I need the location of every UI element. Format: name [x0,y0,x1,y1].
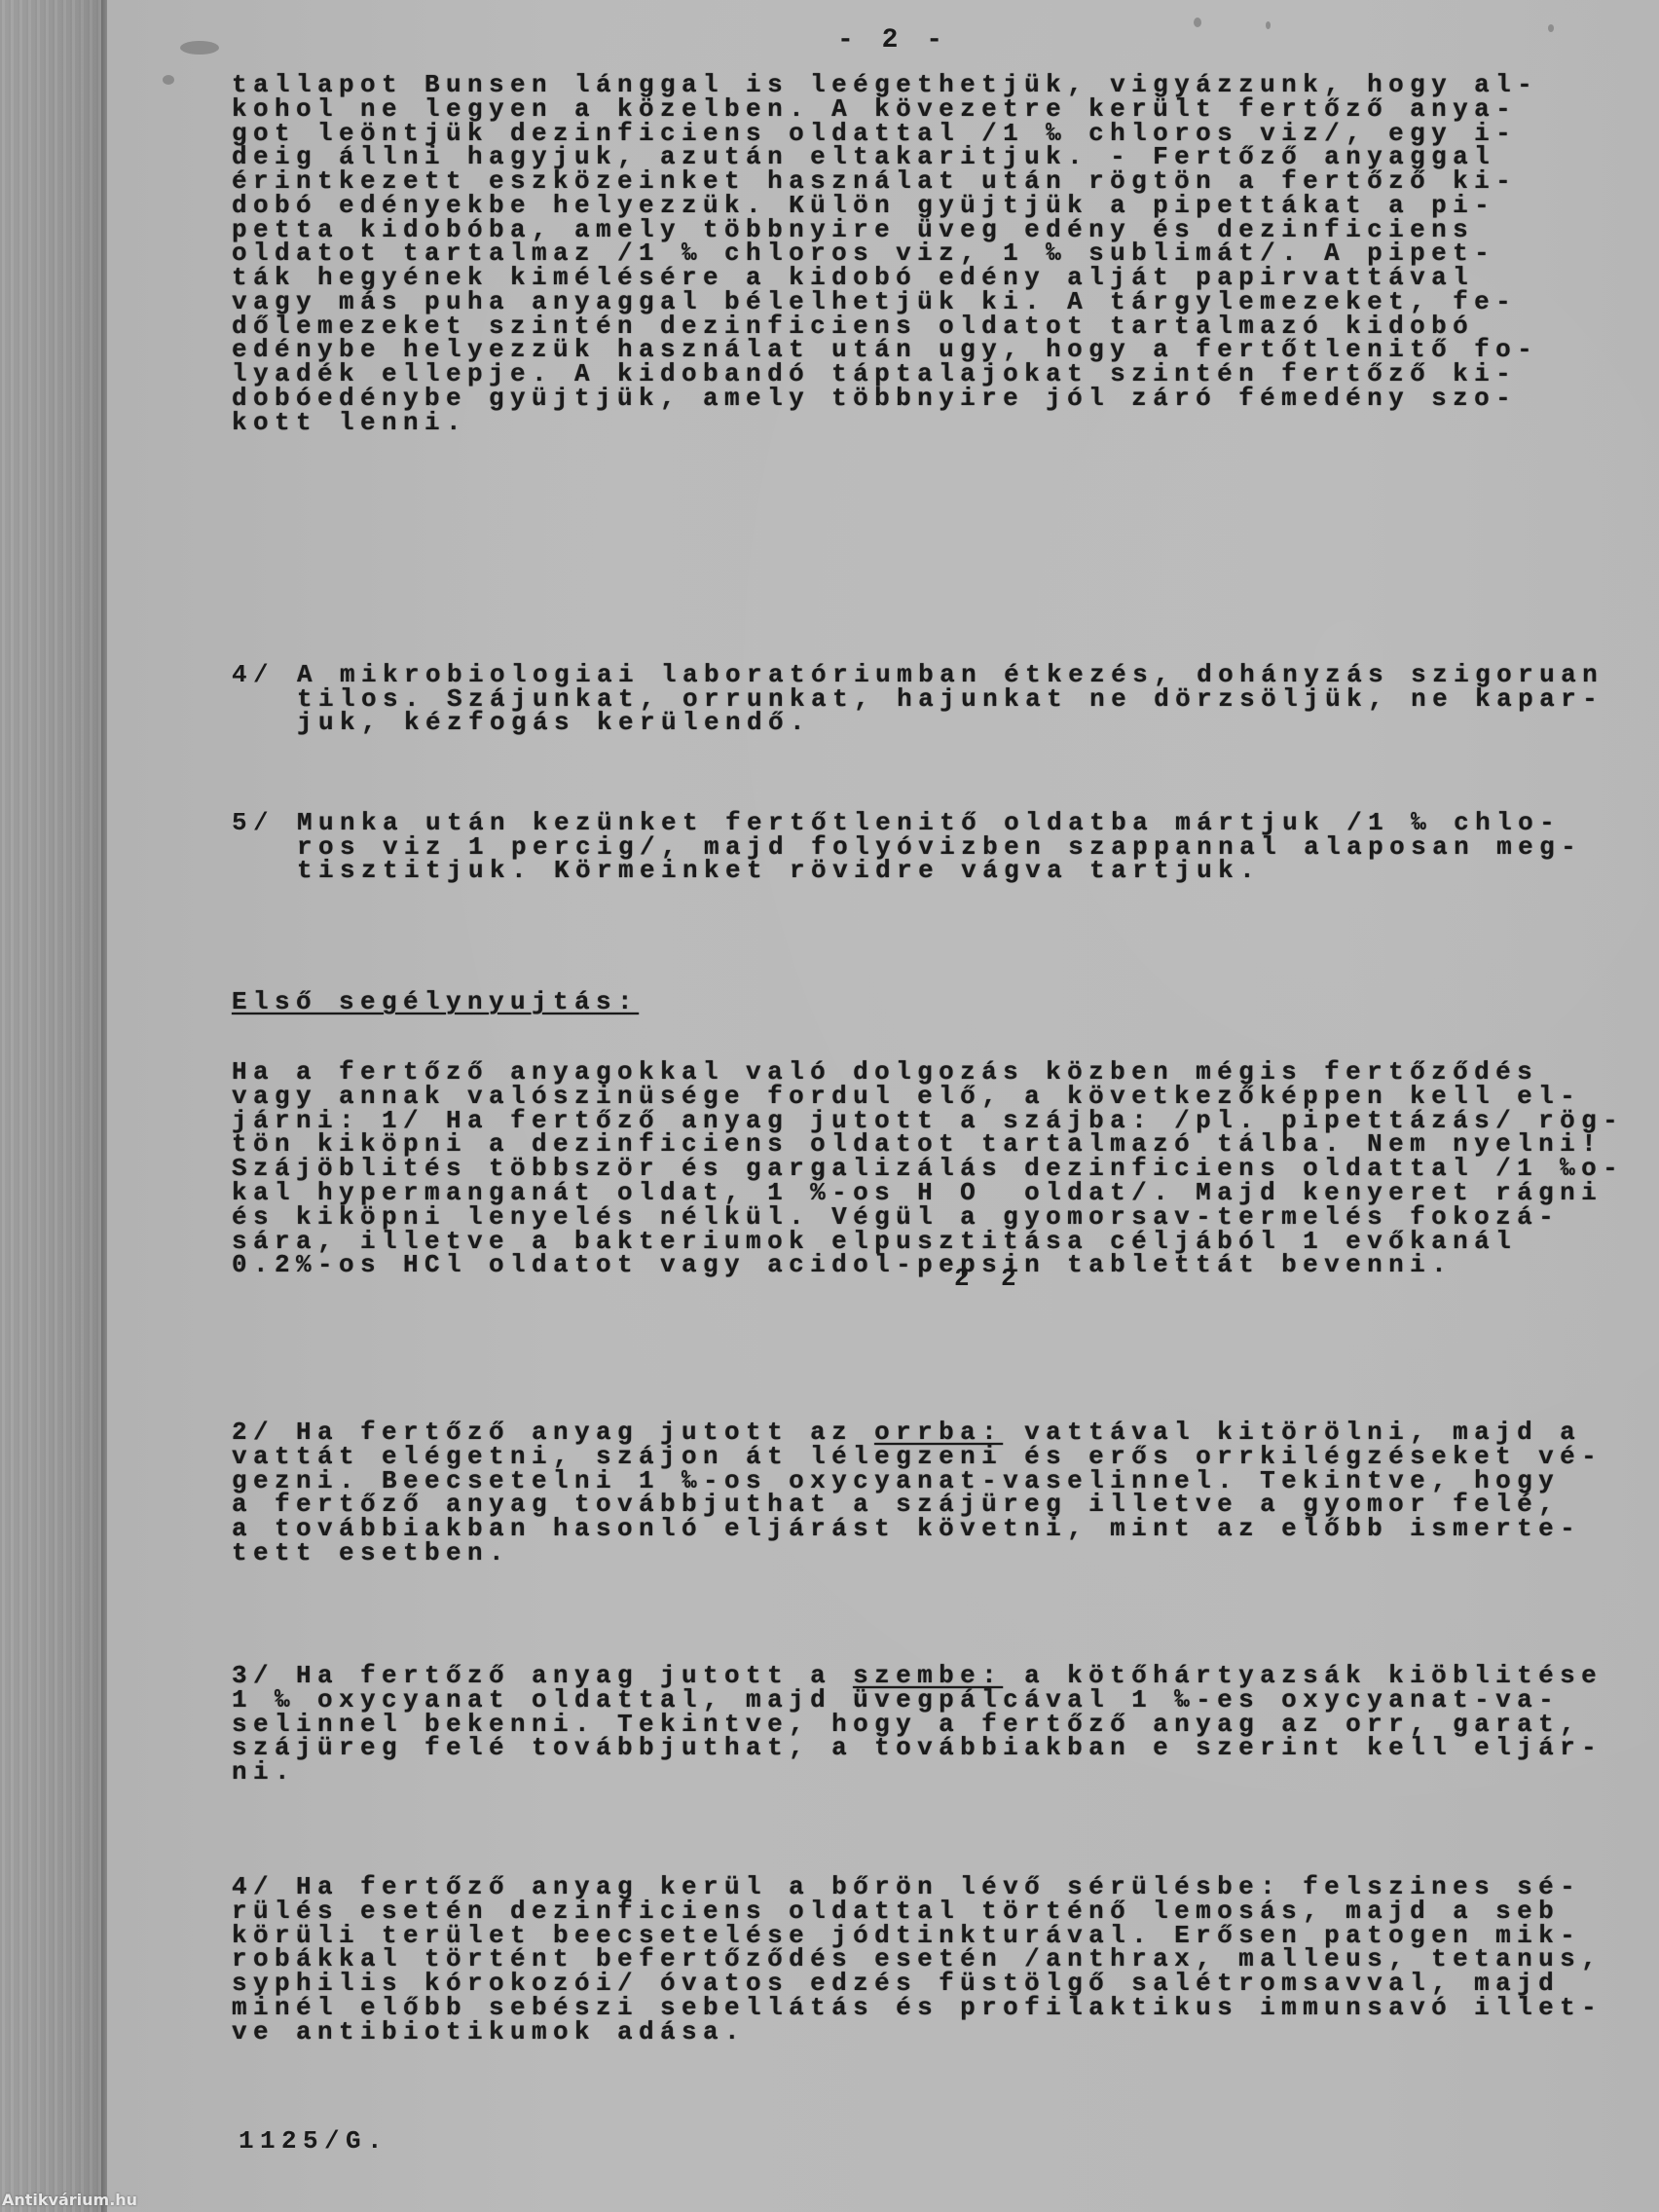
subscript: 2 [954,1264,970,1293]
first-aid-line: tett esetben. [232,1540,510,1566]
rule-text-line: juk, kézfogás kerülendő. [297,710,811,735]
text-line: kohol ne legyen a közelben. A kövezetre … [232,96,1517,122]
ink-stain [163,75,174,85]
subscript: 2 [1001,1264,1016,1293]
text-line: vagy más puha anyaggal bélelhetjük ki. A… [232,289,1517,314]
first-aid-line: ve antibiotikumok adása. [232,2019,746,2045]
text-line: vagy annak valószinüsége fordul elő, a k… [232,1084,1581,1109]
ink-stain [1548,24,1554,32]
rule-number: 4/ [232,662,275,687]
text-line: kott lenni. [232,410,467,435]
watermark: Antikvárium.hu [2,2191,137,2209]
ink-stain [180,41,219,55]
section-heading: Első segélynyujtás: [232,989,639,1014]
first-aid-line: vattát elégetni, szájon át lélegzeni és … [232,1444,1603,1469]
ink-stain [1194,18,1201,27]
page-number: - 2 - [837,25,948,55]
ink-stain [1266,21,1271,29]
rule-number: 5/ [232,810,275,835]
text-line: dobó edényekbe helyezzük. Külön gyüjtjük… [232,193,1495,218]
document-code: 1125/G. [239,2128,388,2154]
background-surface [0,0,105,2212]
first-aid-line: szájüreg felé továbbjuthat, a továbbiakb… [232,1735,1603,1760]
text-line: és kiköpni lenyelés nélkül. Végül a gyom… [232,1204,1560,1230]
rule-text-line: tisztitjuk. Körmeinket rövidre vágva tar… [297,858,1261,883]
first-aid-line: ni. [232,1759,296,1785]
first-aid-line: rülés esetén dezinficiens oldattal törté… [232,1899,1560,1924]
first-aid-line: 1 ‰ oxycyanat oldattal, majd üvegpálcáva… [232,1687,1560,1713]
text-line: 0.2%-os HCl oldatot vagy acidol-pepsin t… [232,1252,1453,1277]
text-line: dobóedénybe gyüjtjük, amely többnyire jó… [232,386,1517,411]
